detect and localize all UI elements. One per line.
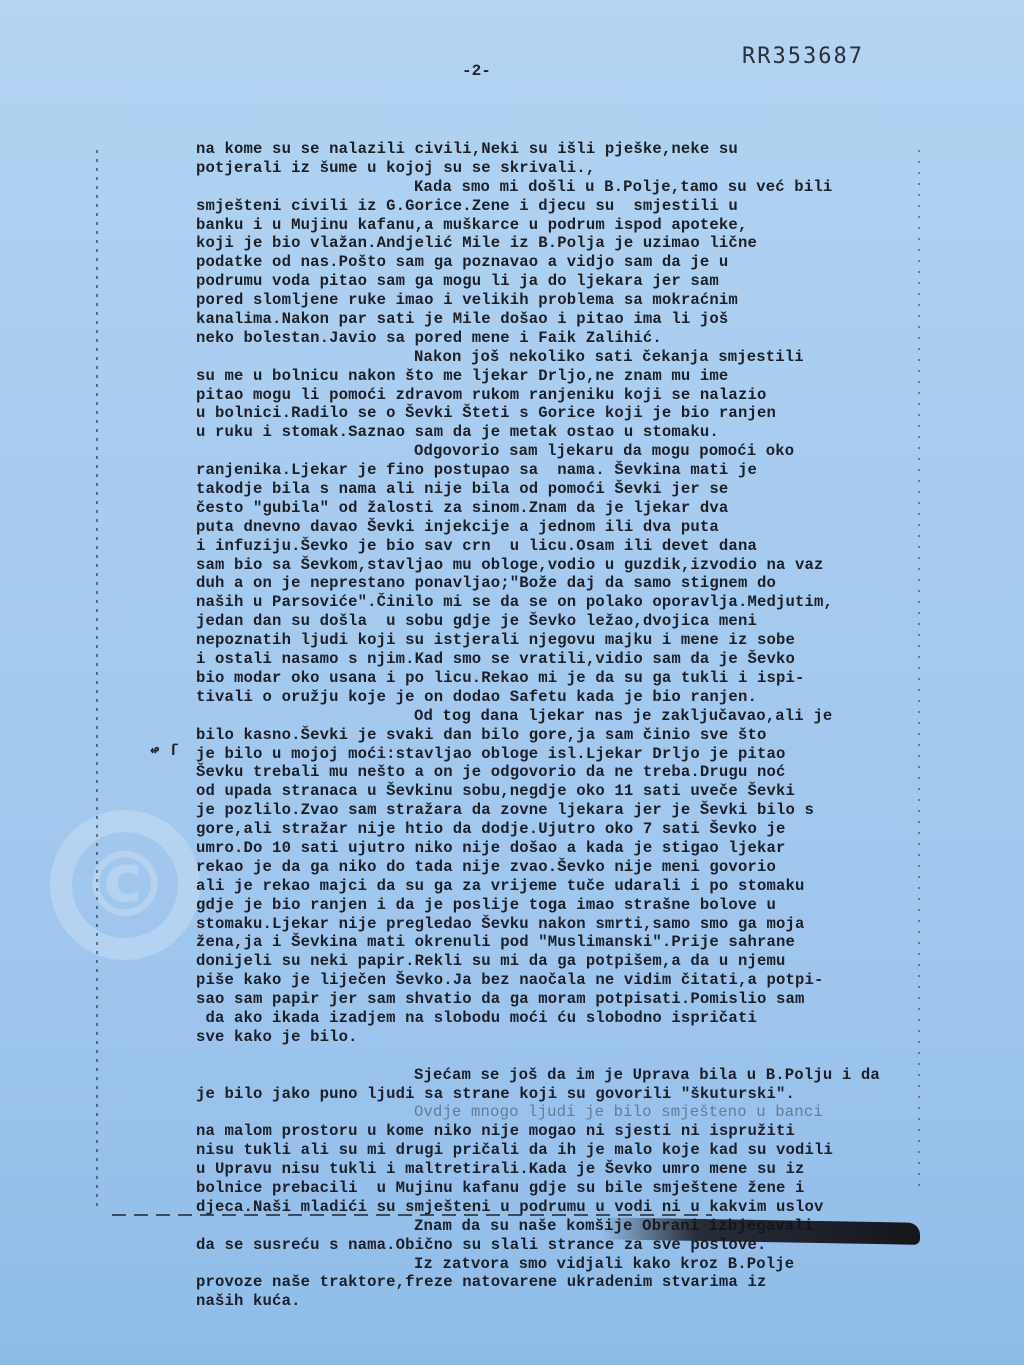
text-line: ranjenika.Ljekar je fino postupao sa nam…: [196, 461, 916, 480]
text-line: pitao mogu li pomoći zdravom rukom ranje…: [196, 386, 916, 405]
text-line: provoze naše traktore,freze natovarene u…: [196, 1273, 916, 1292]
text-line: na malom prostoru u kome niko nije mogao…: [196, 1122, 916, 1141]
text-line: kanalima.Nakon par sati je Mile došao i …: [196, 310, 916, 329]
text-line: smješteni civili iz G.Gorice.Zene i djec…: [196, 197, 916, 216]
text-line: tivali o oružju koje je on dodao Safetu …: [196, 688, 916, 707]
text-line: da ako ikada izadjem na slobodu moći ću …: [196, 1009, 916, 1028]
text-line: u ruku i stomak.Saznao sam da je metak o…: [196, 423, 916, 442]
text-line: Ovdje mnogo ljudi je bilo smješteno u ba…: [196, 1103, 916, 1122]
text-line: na kome su se nalazili civili,Neki su iš…: [196, 140, 916, 159]
text-line: stomaku.Ljekar nije pregledao Ševku nako…: [196, 915, 916, 934]
text-line: je bilo u mojoj moći:stavljao obloge isl…: [196, 745, 916, 764]
text-line: [196, 1047, 916, 1066]
text-line: Iz zatvora smo vidjali kako kroz B.Polje: [196, 1255, 916, 1274]
text-line: Kada smo mi došli u B.Polje,tamo su već …: [196, 178, 916, 197]
text-line: sao sam papir jer sam shvatio da ga mora…: [196, 990, 916, 1009]
text-line: duh a on je neprestano ponavljao;"Bože d…: [196, 574, 916, 593]
text-line: bio modar oko usana i po licu.Rekao mi j…: [196, 669, 916, 688]
bottom-dashed-rule: [112, 1214, 712, 1216]
text-line: nisu tukli ali su mi drugi pričali da ih…: [196, 1141, 916, 1160]
text-line: rekao je da ga niko do tada nije zvao.Še…: [196, 858, 916, 877]
text-line: podatke od nas.Pošto sam ga poznavao a v…: [196, 253, 916, 272]
text-line: je pozlilo.Zvao sam stražara da zovne lj…: [196, 801, 916, 820]
copyright-icon: ©: [50, 810, 200, 960]
text-line: gdje je bio ranjen i da je poslije toga …: [196, 896, 916, 915]
text-line: u Upravu nisu tukli i maltretirali.Kada …: [196, 1160, 916, 1179]
text-line: pored slomljene ruke imao i velikih prob…: [196, 291, 916, 310]
text-line: Od tog dana ljekar nas je zaključavao,al…: [196, 707, 916, 726]
text-line: banku i u Mujinu kafanu,a muškarce u pod…: [196, 216, 916, 235]
text-line: Sjećam se još da im je Uprava bila u B.P…: [196, 1066, 916, 1085]
typewritten-body: na kome su se nalazili civili,Neki su iš…: [196, 140, 916, 1311]
document-id: RR353687: [742, 44, 864, 69]
text-line: naših u Parsoviće".Činilo mi se da se on…: [196, 593, 916, 612]
text-line: u bolnici.Radilo se o Ševki Šteti s Gori…: [196, 404, 916, 423]
text-line: Odgovorio sam ljekaru da mogu pomoći oko: [196, 442, 916, 461]
text-line: podrumu voda pitao sam ga mogu li ja do …: [196, 272, 916, 291]
text-line: donijeli su neki papir.Rekli su mi da ga…: [196, 952, 916, 971]
text-line: nepoznatih ljudi koji su istjerali njego…: [196, 631, 916, 650]
right-margin-scan-artifact: [918, 150, 920, 1190]
text-line: ali je rekao majci da su ga za vrijeme t…: [196, 877, 916, 896]
text-line: žena,ja i Ševkina mati okrenuli pod "Mus…: [196, 933, 916, 952]
text-line: i ostali nasamo s njim.Kad smo se vratil…: [196, 650, 916, 669]
text-line: piše kako je liječen Ševko.Ja bez naočal…: [196, 971, 916, 990]
text-line: Nakon još nekoliko sati čekanja smjestil…: [196, 348, 916, 367]
text-line: jedan dan su došla u sobu gdje je Ševko …: [196, 612, 916, 631]
text-line: umro.Do 10 sati ujutro niko nije došao a…: [196, 839, 916, 858]
text-line: potjerali iz šume u kojoj su se skrivali…: [196, 159, 916, 178]
text-line: i infuziju.Ševko je bio sav crn u licu.O…: [196, 537, 916, 556]
text-line: su me u bolnicu nakon što me ljekar Drlj…: [196, 367, 916, 386]
text-line: sam bio sa Ševkom,stavljao mu obloge,vod…: [196, 556, 916, 575]
text-line: neko bolestan.Javio sa pored mene i Faik…: [196, 329, 916, 348]
text-line: puta dnevno davao Ševki injekcije a jedn…: [196, 518, 916, 537]
text-line: gore,ali stražar nije htio da dodje.Ujut…: [196, 820, 916, 839]
text-line: bilo kasno.Ševki je svaki dan bilo gore,…: [196, 726, 916, 745]
margin-mark: ↫ ſ: [150, 740, 179, 760]
text-line: je bilo jako puno ljudi sa strane koji s…: [196, 1085, 916, 1104]
text-line: koji je bio vlažan.Andjelić Mile iz B.Po…: [196, 234, 916, 253]
document-page: © RR353687 -2- ↫ ſ na kome su se nalazil…: [0, 0, 1024, 1365]
text-line: takodje bila s nama ali nije bila od pom…: [196, 480, 916, 499]
text-line: Ševku trebali mu nešto a on je odgovorio…: [196, 763, 916, 782]
text-line: naših kuća.: [196, 1292, 916, 1311]
left-margin-scan-artifact: [96, 150, 98, 1210]
page-number: -2-: [462, 62, 491, 80]
text-line: od upada stranaca u Ševkinu sobu,negdje …: [196, 782, 916, 801]
text-line: sve kako je bilo.: [196, 1028, 916, 1047]
text-line: bolnice prebacili u Mujinu kafanu gdje s…: [196, 1179, 916, 1198]
text-line: često "gubila" od žalosti za sinom.Znam …: [196, 499, 916, 518]
